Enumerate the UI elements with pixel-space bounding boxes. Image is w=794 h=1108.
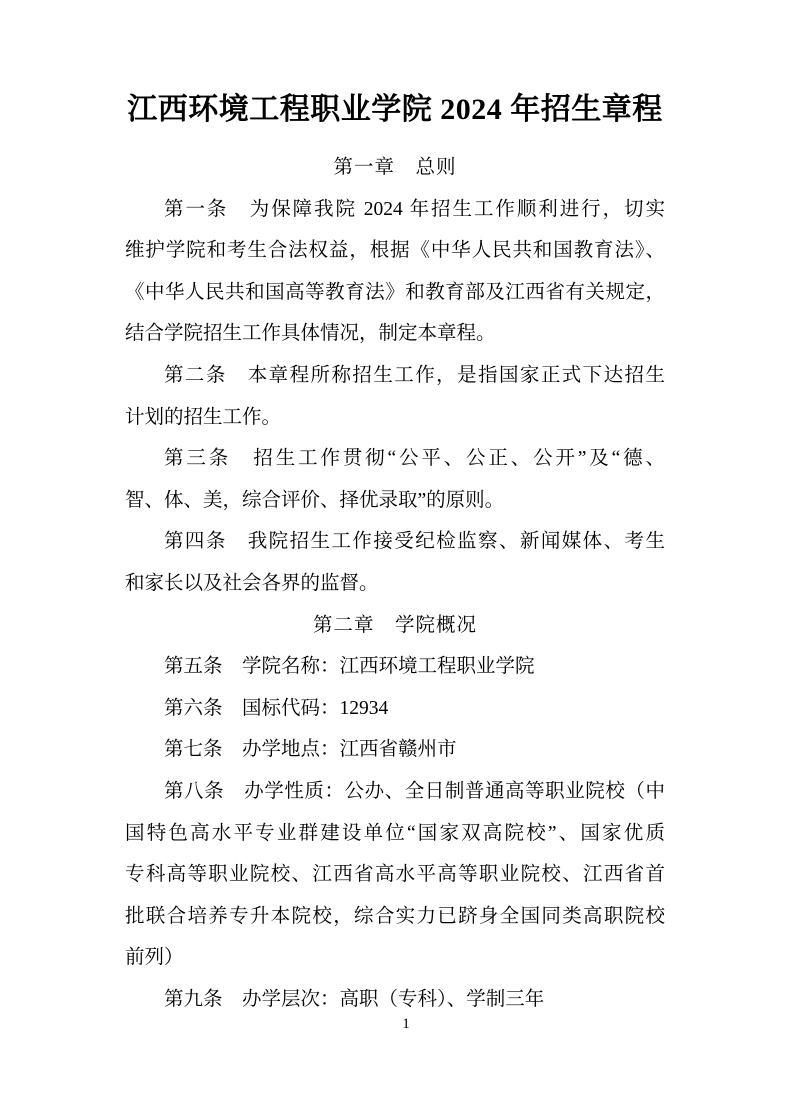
paragraph-line: 维护学院和考生合法权益，根据《中华人民共和国教育法》、 (125, 230, 665, 272)
document-content: 江西环境工程职业学院 2024 年招生章程 第一章 总则第一条 为保障我院 20… (125, 0, 665, 1020)
paragraph-line: 第八条 办学性质：公办、全日制普通高等职业院校（中 (125, 771, 665, 813)
paragraph-line: 和家长以及社会各界的监督。 (125, 563, 665, 605)
paragraph-line: 第二条 本章程所称招生工作，是指国家正式下达招生 (125, 355, 665, 397)
paragraph-line: 第四条 我院招生工作接受纪检监察、新闻媒体、考生 (125, 521, 665, 563)
paragraph-line: 国特色高水平专业群建设单位“国家双高院校”、国家优质 (125, 813, 665, 855)
paragraph-line: 第一条 为保障我院 2024 年招生工作顺利进行，切实 (125, 189, 665, 231)
paragraph-line: 前列） (125, 937, 665, 979)
paragraph-line: 《中华人民共和国高等教育法》和教育部及江西省有关规定， (125, 272, 665, 314)
paragraph-line: 结合学院招生工作具体情况，制定本章程。 (125, 313, 665, 355)
document-page: 江西环境工程职业学院 2024 年招生章程 第一章 总则第一条 为保障我院 20… (0, 0, 794, 1108)
paragraph-line: 第三条 招生工作贯彻“公平、公正、公开”及“德、 (125, 438, 665, 480)
paragraph-line: 批联合培养专升本院校，综合实力已跻身全国同类高职院校 (125, 896, 665, 938)
document-title: 江西环境工程职业学院 2024 年招生章程 (125, 88, 665, 132)
paragraph-line: 第六条 国标代码：12934 (125, 688, 665, 730)
chapter-heading: 第一章 总则 (125, 147, 665, 189)
paragraph-line: 专科高等职业院校、江西省高水平高等职业院校、江西省首 (125, 854, 665, 896)
paragraph-line: 第五条 学院名称：江西环境工程职业学院 (125, 646, 665, 688)
page-number: 1 (0, 1014, 794, 1034)
paragraph-line: 计划的招生工作。 (125, 397, 665, 439)
document-body: 第一章 总则第一条 为保障我院 2024 年招生工作顺利进行，切实维护学院和考生… (125, 147, 665, 1020)
paragraph-line: 智、体、美，综合评价、择优录取”的原则。 (125, 480, 665, 522)
chapter-heading: 第二章 学院概况 (125, 605, 665, 647)
paragraph-line: 第七条 办学地点：江西省赣州市 (125, 729, 665, 771)
